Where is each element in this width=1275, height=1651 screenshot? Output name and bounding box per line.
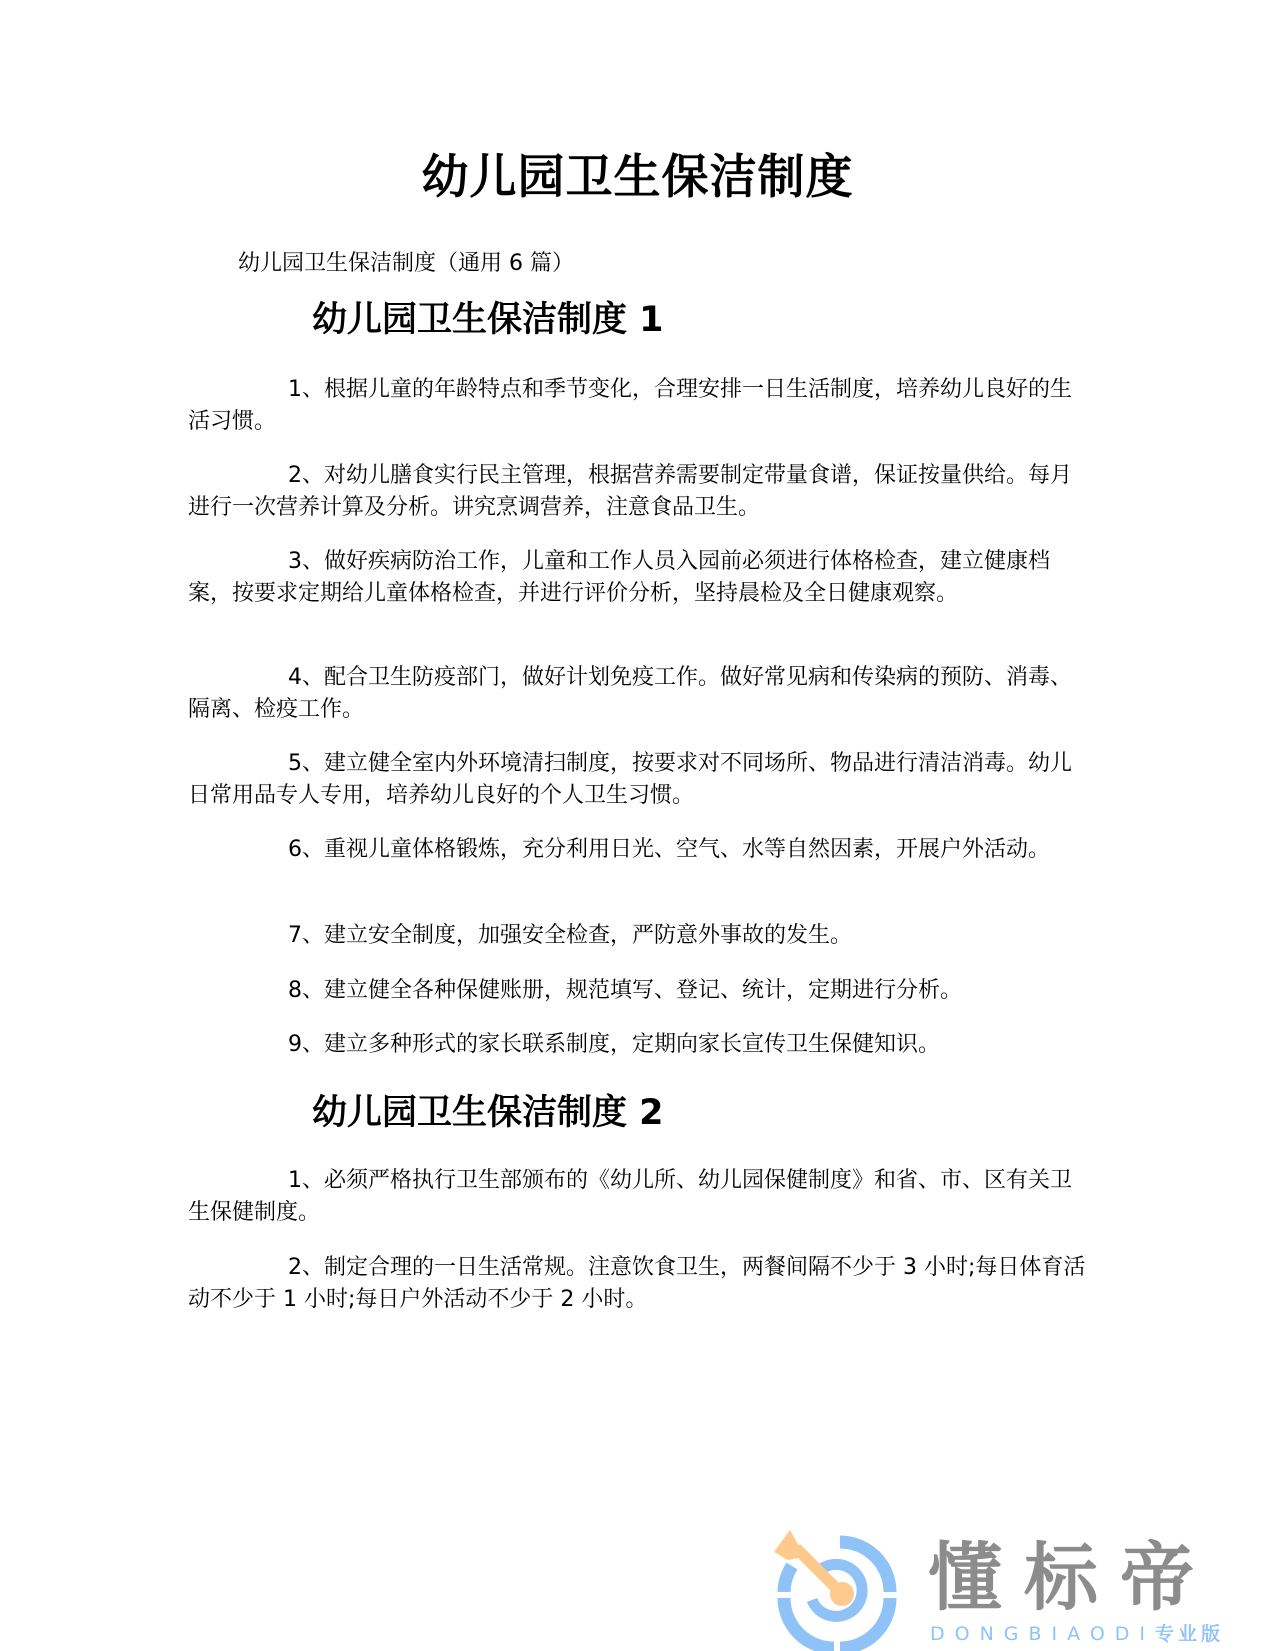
- section-heading-2: 幼儿园卫生保洁制度 2: [312, 1091, 664, 1135]
- document-page: 幼儿园卫生保洁制度 幼儿园卫生保洁制度（通用 6 篇） 幼儿园卫生保洁制度 1 …: [0, 0, 1275, 1651]
- section-1-paragraph-8: 8、建立健全各种保健账册，规范填写、登记、统计，定期进行分析。: [188, 975, 1088, 1007]
- watermark-edition: 专业版: [1155, 1623, 1224, 1645]
- watermark-brand-en-text: DONGBIAODI: [930, 1623, 1155, 1645]
- section-1-paragraph-5: 5、建立健全室内外环境清扫制度，按要求对不同场所、物品进行清洁消毒。幼儿日常用品…: [188, 748, 1088, 812]
- section-1-paragraph-2: 2、对幼儿膳食实行民主管理，根据营养需要制定带量食谱，保证按量供给。每月进行一次…: [188, 460, 1088, 524]
- section-1-paragraph-4: 4、配合卫生防疫部门，做好计划免疫工作。做好常见病和传染病的预防、消毒、隔离、检…: [188, 662, 1088, 726]
- watermark-brand-en: DONGBIAODI专业版: [930, 1622, 1224, 1646]
- section-1-paragraph-9: 9、建立多种形式的家长联系制度，定期向家长宣传卫生保健知识。: [188, 1029, 1088, 1061]
- section-1-paragraph-7: 7、建立安全制度，加强安全检查，严防意外事故的发生。: [188, 920, 1088, 952]
- watermark-brand-cn: 懂标帝: [928, 1538, 1216, 1618]
- section-heading-1: 幼儿园卫生保洁制度 1: [312, 298, 664, 342]
- target-arrow-icon: [770, 1530, 900, 1651]
- section-1-paragraph-6: 6、重视儿童体格锻炼，充分利用日光、空气、水等自然因素，开展户外活动。: [188, 834, 1088, 866]
- section-2-paragraph-2: 2、制定合理的一日生活常规。注意饮食卫生，两餐间隔不少于 3 小时;每日体育活动…: [188, 1252, 1088, 1316]
- section-1-paragraph-3: 3、做好疾病防治工作，儿童和工作人员入园前必须进行体格检查，建立健康档案，按要求…: [188, 546, 1088, 610]
- watermark-logo: 懂标帝 DONGBIAODI专业版: [770, 1530, 1270, 1651]
- document-subtitle: 幼儿园卫生保洁制度（通用 6 篇）: [238, 248, 574, 280]
- section-1-paragraph-1: 1、根据儿童的年龄特点和季节变化，合理安排一日生活制度，培养幼儿良好的生活习惯。: [188, 374, 1088, 438]
- section-2-paragraph-1: 1、必须严格执行卫生部颁布的《幼儿所、幼儿园保健制度》和省、市、区有关卫生保健制…: [188, 1165, 1088, 1229]
- document-title: 幼儿园卫生保洁制度: [0, 148, 1275, 208]
